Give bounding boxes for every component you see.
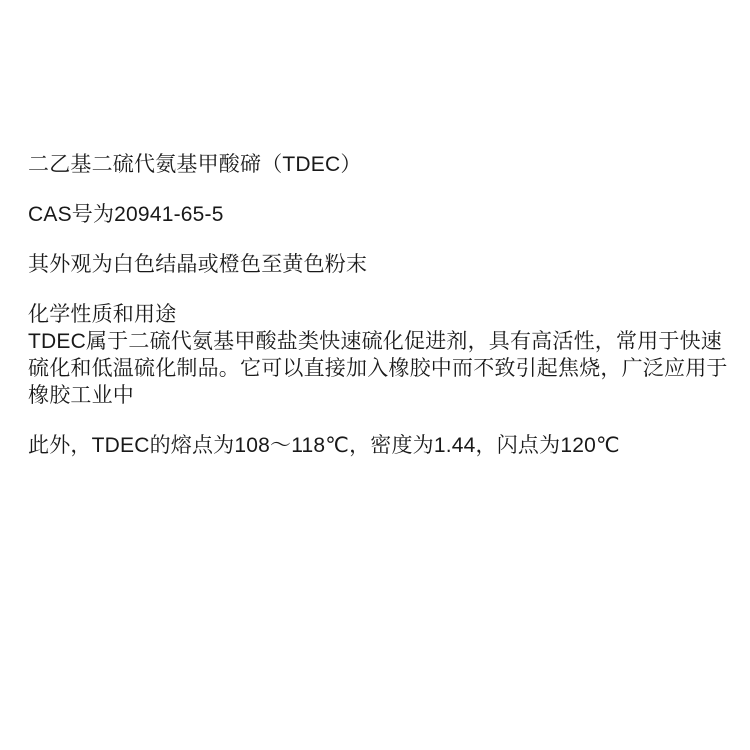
properties-heading: 化学性质和用途 (28, 301, 724, 328)
paragraph-physical-constants: 此外，TDEC的熔点为108～118℃，密度为1.44，闪点为120℃ (28, 432, 724, 459)
paragraph-cas: CAS号为20941-65-5 (28, 201, 724, 228)
document-body: 二乙基二硫代氨基甲酸碲（TDEC） CAS号为20941-65-5 其外观为白色… (0, 0, 750, 459)
compound-title: 二乙基二硫代氨基甲酸碲（TDEC） (28, 151, 724, 178)
paragraph-properties: 化学性质和用途 TDEC属于二硫代氨基甲酸盐类快速硫化促进剂，具有高活性，常用于… (28, 301, 724, 409)
properties-text-line-2: 硫化和低温硫化制品。它可以直接加入橡胶中而不致引起焦烧，广泛应用于 (28, 355, 724, 382)
properties-text-line-3: 橡胶工业中 (28, 382, 724, 409)
appearance-line: 其外观为白色结晶或橙色至黄色粉末 (28, 251, 724, 278)
paragraph-title: 二乙基二硫代氨基甲酸碲（TDEC） (28, 151, 724, 178)
cas-number-line: CAS号为20941-65-5 (28, 201, 724, 228)
physical-constants-line: 此外，TDEC的熔点为108～118℃，密度为1.44，闪点为120℃ (28, 432, 724, 459)
properties-text-line-1: TDEC属于二硫代氨基甲酸盐类快速硫化促进剂，具有高活性，常用于快速 (28, 328, 724, 355)
paragraph-appearance: 其外观为白色结晶或橙色至黄色粉末 (28, 251, 724, 278)
